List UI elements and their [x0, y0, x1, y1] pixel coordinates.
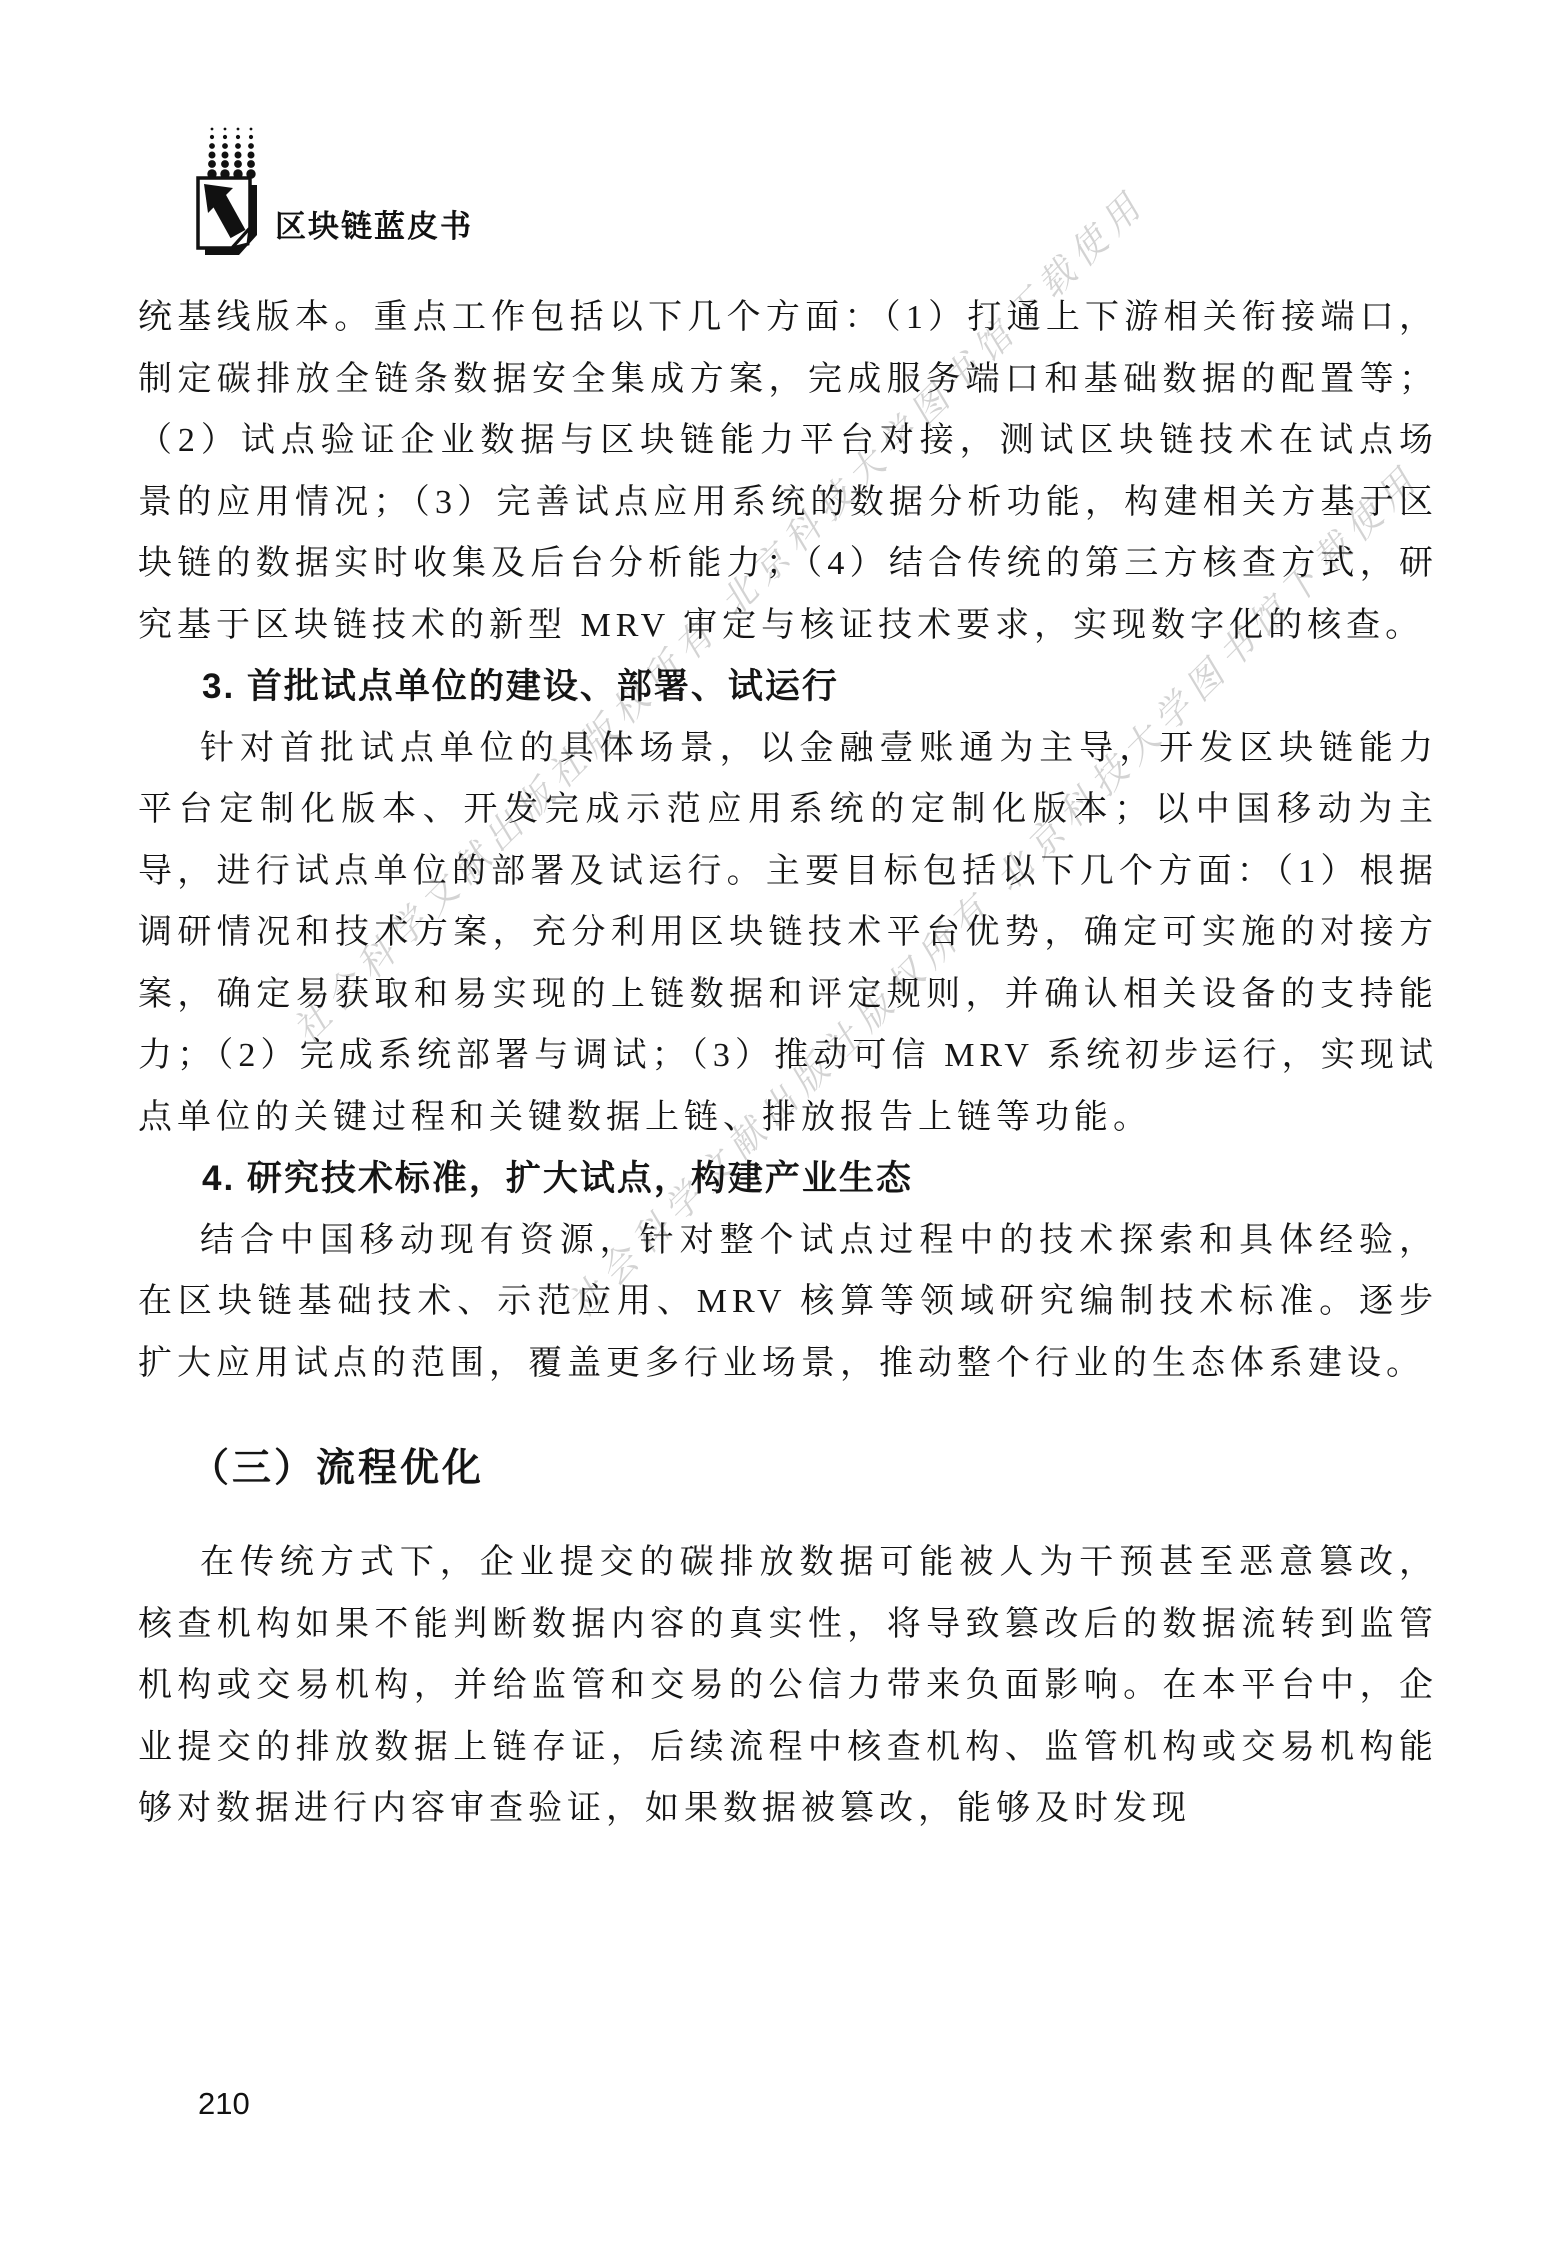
publisher-logo: 区块链蓝皮书 — [0, 0, 520, 270]
page-number: 210 — [198, 2086, 250, 2122]
paragraph-standards-ecosystem: 结合中国移动现有资源，针对整个试点过程中的技术探索和具体经验，在区块链基础技术、… — [138, 1210, 1438, 1395]
book-page: 区块链蓝皮书 社会科学文献出版社版权所有 北京科技大学图书馆下载使用 社会科学文… — [0, 0, 1555, 2244]
logo-series-title: 区块链蓝皮书 — [275, 201, 473, 246]
heading-standards-ecosystem: 4. 研究技术标准，扩大试点，构建产业生态 — [138, 1148, 1438, 1210]
page-arrow-icon — [196, 176, 266, 264]
dot-grid-icon — [205, 126, 257, 182]
paragraph-process-optimization: 在传统方式下，企业提交的碳排放数据可能被人为干预甚至恶意篡改，核查机构如果不能判… — [138, 1532, 1438, 1840]
paragraph-pilot-units: 针对首批试点单位的具体场景，以金融壹账通为主导，开发区块链能力平台定制化版本、开… — [138, 718, 1438, 1149]
paragraph-continued: 统基线版本。重点工作包括以下几个方面：（1）打通上下游相关衔接端口，制定碳排放全… — [138, 287, 1438, 656]
section-heading-process-optimization: （三）流程优化 — [138, 1434, 1438, 1504]
page-body: 统基线版本。重点工作包括以下几个方面：（1）打通上下游相关衔接端口，制定碳排放全… — [138, 287, 1438, 1840]
heading-pilot-units: 3. 首批试点单位的建设、部署、试运行 — [138, 656, 1438, 718]
